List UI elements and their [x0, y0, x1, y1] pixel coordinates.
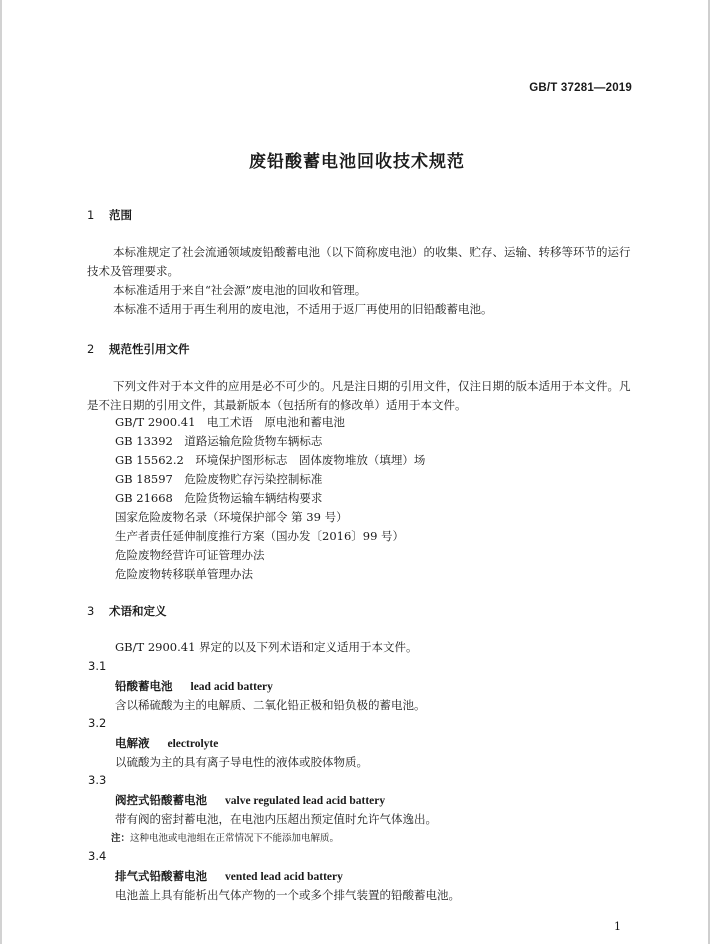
reference-item: GB 21668 危险货物运输车辆结构要求 — [115, 490, 322, 506]
reference-item: 危险废物转移联单管理办法 — [115, 566, 253, 582]
section-title: 范围 — [109, 208, 132, 222]
term-zh: 排气式铅酸蓄电池 — [115, 869, 207, 883]
page-number: 1 — [614, 920, 621, 933]
section-number: 3 — [87, 604, 109, 618]
term-number: 3.1 — [88, 659, 106, 673]
term-heading: 排气式铅酸蓄电池vented lead acid battery — [115, 868, 343, 884]
reference-item: GB 18597 危险废物贮存污染控制标准 — [115, 471, 322, 487]
term-number: 3.2 — [88, 716, 106, 730]
term-heading: 电解液electrolyte — [115, 735, 218, 751]
term-definition: 电池盖上具有能析出气体产物的一个或多个排气装置的铅酸蓄电池。 — [115, 887, 460, 903]
terms-intro: GB/T 2900.41 界定的以及下列术语和定义适用于本文件。 — [115, 639, 418, 655]
term-number: 3.3 — [88, 773, 106, 787]
section-title: 术语和定义 — [109, 604, 167, 618]
note-label: 注： — [111, 833, 130, 844]
term-note: 注：这种电池或电池组在正常情况下不能添加电解质。 — [111, 830, 339, 844]
reference-item: GB 15562.2 环境保护图形标志 固体废物堆放（填埋）场 — [115, 452, 425, 468]
scope-paragraph-1: 本标准规定了社会流通领域废铅酸蓄电池（以下简称废电池）的收集、贮存、运输、转移等… — [87, 243, 637, 281]
reference-item: 国家危险废物名录（环境保护部令 第 39 号） — [115, 509, 348, 525]
reference-item: GB/T 2900.41 电工术语 原电池和蓄电池 — [115, 414, 345, 430]
document-title: 废铅酸蓄电池回收技术规范 — [2, 147, 710, 172]
section-number: 1 — [87, 208, 109, 222]
standard-number: GB/T 37281—2019 — [529, 82, 632, 94]
term-en: valve regulated lead acid battery — [225, 795, 385, 807]
reference-item: 生产者责任延伸制度推行方案（国办发〔2016〕99 号） — [115, 528, 404, 544]
term-definition: 带有阀的密封蓄电池，在电池内压超出预定值时允许气体逸出。 — [115, 811, 437, 827]
section-title: 规范性引用文件 — [109, 342, 190, 356]
section-3-heading: 3术语和定义 — [87, 603, 167, 619]
section-2-heading: 2规范性引用文件 — [87, 341, 190, 357]
section-1-heading: 1范围 — [87, 207, 132, 223]
scope-paragraph-3: 本标准不适用于再生利用的废电池，不适用于返厂再使用的旧铅酸蓄电池。 — [87, 300, 637, 319]
section-number: 2 — [87, 342, 109, 356]
term-heading: 阀控式铅酸蓄电池valve regulated lead acid batter… — [115, 792, 385, 808]
term-zh: 阀控式铅酸蓄电池 — [115, 793, 207, 807]
scope-paragraph-2: 本标准适用于来自“社会源”废电池的回收和管理。 — [87, 281, 637, 300]
term-definition: 以硫酸为主的具有离子导电性的液体或胶体物质。 — [115, 754, 368, 770]
term-en: vented lead acid battery — [225, 871, 343, 883]
document-page: GB/T 37281—2019 废铅酸蓄电池回收技术规范 1范围 本标准规定了社… — [0, 0, 710, 944]
term-definition: 含以稀硫酸为主的电解质、二氧化铅正极和铅负极的蓄电池。 — [115, 697, 426, 713]
term-en: electrolyte — [168, 738, 219, 750]
term-heading: 铅酸蓄电池lead acid battery — [115, 678, 273, 694]
references-intro: 下列文件对于本文件的应用是必不可少的。凡是注日期的引用文件，仅注日期的版本适用于… — [87, 377, 637, 415]
term-en: lead acid battery — [191, 681, 273, 693]
term-number: 3.4 — [88, 849, 106, 863]
note-text: 这种电池或电池组在正常情况下不能添加电解质。 — [130, 833, 339, 844]
reference-item: GB 13392 道路运输危险货物车辆标志 — [115, 433, 322, 449]
reference-item: 危险废物经营许可证管理办法 — [115, 547, 265, 563]
term-zh: 铅酸蓄电池 — [115, 679, 173, 693]
term-zh: 电解液 — [115, 736, 150, 750]
